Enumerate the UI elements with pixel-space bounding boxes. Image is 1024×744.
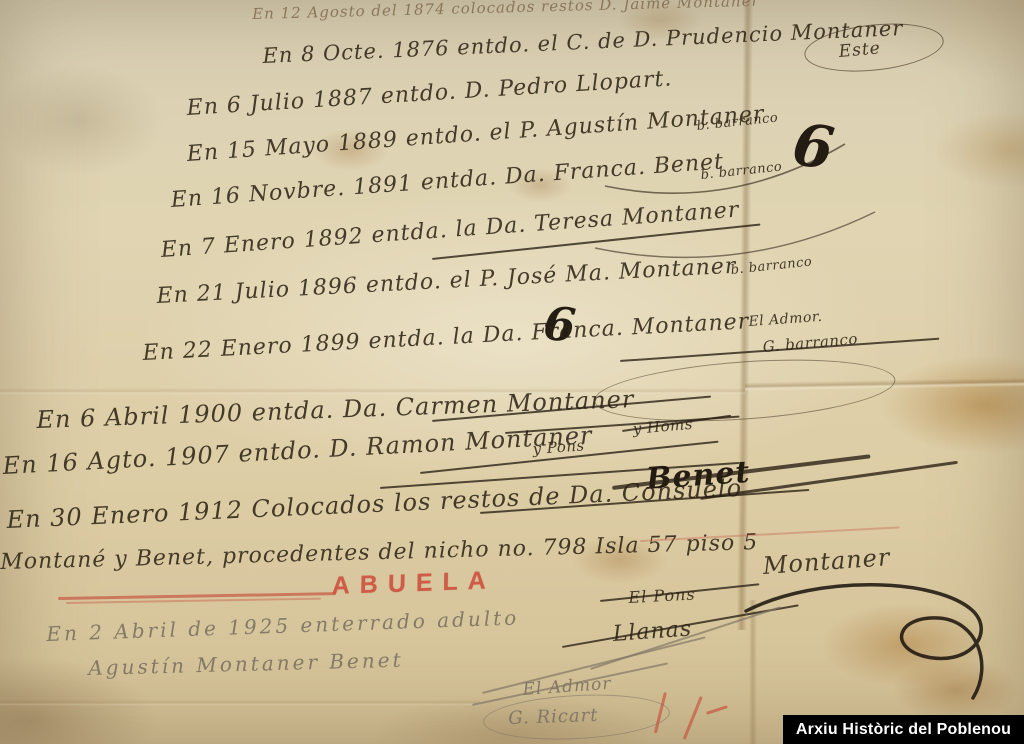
red-scribble bbox=[706, 705, 728, 715]
red-scribble bbox=[683, 696, 703, 740]
stamp-abuela: ABUELA bbox=[331, 566, 496, 601]
archive-watermark: Arxiu Històric del Poblenou bbox=[783, 715, 1024, 744]
name-agustin: Agustín Montaner Benet bbox=[88, 648, 404, 680]
bottom-crease bbox=[0, 700, 480, 706]
sig-ricart: G. Ricart bbox=[508, 705, 599, 729]
entry-1925: En 2 Abril de 1925 enterrado adulto bbox=[46, 605, 520, 645]
ink-flourish-grand-swirl bbox=[738, 556, 1018, 706]
note-barranco-4: G. barranco bbox=[762, 330, 859, 356]
document-scan: En 12 Agosto del 1874 colocados restos D… bbox=[0, 0, 1024, 744]
flourish-este: Este bbox=[838, 38, 882, 62]
note-admor: El Admor. bbox=[748, 309, 823, 330]
entry-1874: En 12 Agosto del 1874 colocados restos D… bbox=[252, 0, 760, 23]
ink-oval-flourish bbox=[592, 351, 897, 430]
entry-1912a: En 30 Enero 1912 Colocados los restos de… bbox=[6, 474, 743, 534]
entry-1896: En 21 Julio 1896 entdo. el P. José Ma. M… bbox=[156, 254, 737, 309]
entry-1912b: Montané y Benet, procedentes del nicho n… bbox=[0, 530, 759, 575]
archive-watermark-label: Arxiu Històric del Poblenou bbox=[796, 721, 1011, 739]
